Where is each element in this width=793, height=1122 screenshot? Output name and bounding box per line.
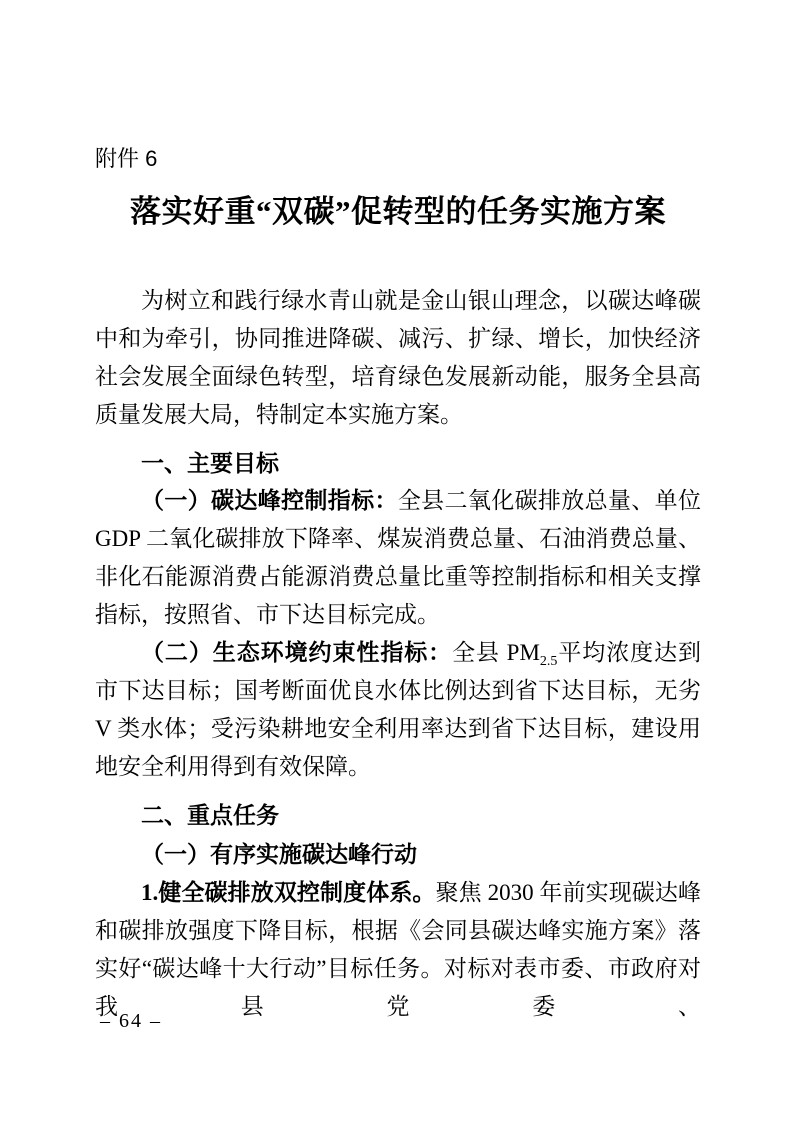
task-1-lead: 1.健全碳排放双控制度体系。 bbox=[141, 880, 436, 905]
section-2-heading: 二、重点任务 bbox=[95, 796, 701, 834]
eco-environment-text-pre: 全县 PM bbox=[452, 640, 540, 665]
carbon-peak-indicators-lead: （一）碳达峰控制指标： bbox=[141, 488, 398, 513]
document-page: 附件 6 落实好重“双碳”促转型的任务实施方案 为树立和践行绿水青山就是金山银山… bbox=[0, 0, 793, 1122]
section-1-heading: 一、主要目标 bbox=[95, 444, 701, 482]
eco-environment-indicators-paragraph: （二）生态环境约束性指标：全县 PM2.5平均浓度达到市下达目标；国考断面优良水… bbox=[95, 634, 701, 786]
carbon-peak-indicators-paragraph: （一）碳达峰控制指标：全县二氧化碳排放总量、单位 GDP 二氧化碳排放下降率、煤… bbox=[95, 482, 701, 634]
page-number: – 64 – bbox=[100, 1008, 162, 1034]
task-1-paragraph: 1.健全碳排放双控制度体系。聚焦 2030 年前实现碳达峰和碳排放强度下降目标，… bbox=[95, 874, 701, 1026]
attachment-label: 附件 6 bbox=[95, 146, 701, 172]
pm25-subscript: 2.5 bbox=[540, 654, 558, 669]
document-title: 落实好重“双碳”促转型的任务实施方案 bbox=[95, 192, 701, 232]
intro-paragraph: 为树立和践行绿水青山就是金山银山理念，以碳达峰碳中和为牵引，协同推进降碳、减污、… bbox=[95, 282, 701, 434]
document-content: 附件 6 落实好重“双碳”促转型的任务实施方案 为树立和践行绿水青山就是金山银山… bbox=[95, 0, 701, 1026]
section-2-subheading-1: （一）有序实施碳达峰行动 bbox=[95, 836, 701, 874]
eco-environment-indicators-lead: （二）生态环境约束性指标： bbox=[141, 640, 452, 665]
